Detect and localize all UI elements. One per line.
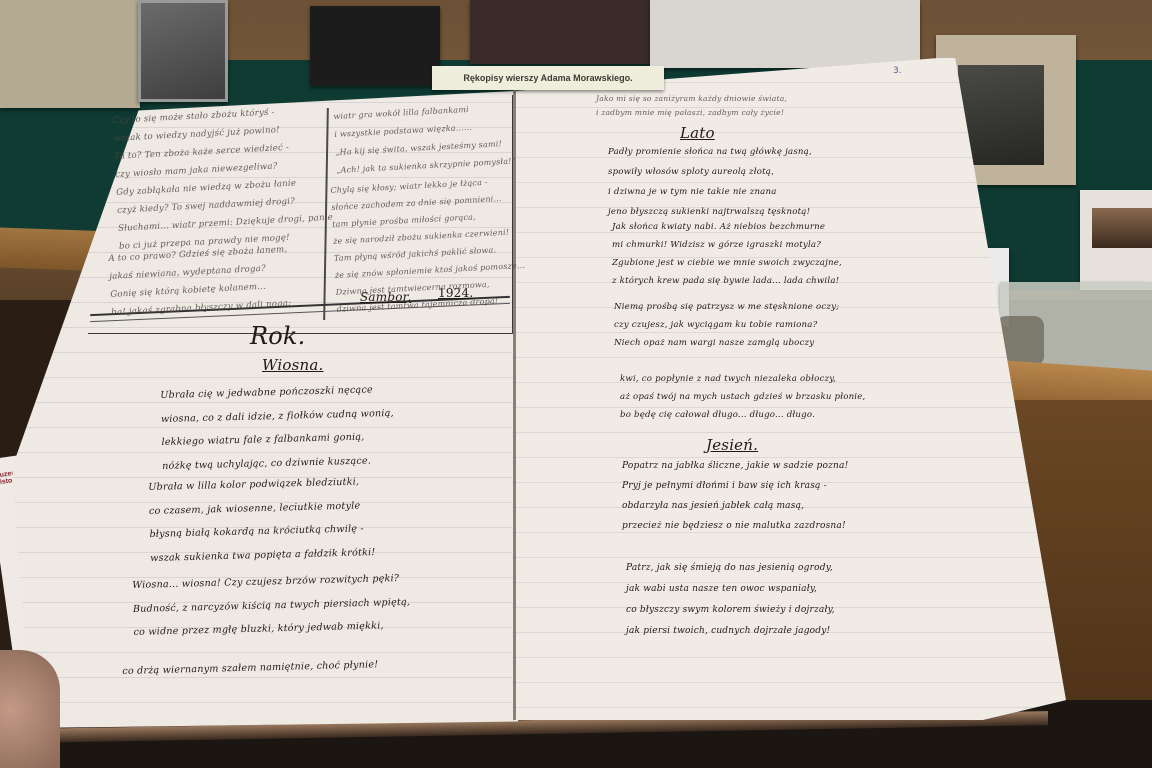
section-title-wiosna: Wiosna. [262, 356, 323, 374]
lato-stanza-3: Niemą prośbą się patrzysz w me stęsknion… [614, 298, 839, 352]
exhibit-label-card: Rękopisy wierszy Adama Morawskiego. [432, 66, 664, 90]
wiosna-stanza-3: Wiosna... wiosna! Czy czujesz brzów rozw… [132, 567, 411, 645]
jesien-stanza-1: Popatrz na jabłka śliczne, jakie w sadzi… [622, 456, 848, 536]
lato-stanza-2: Jak słońca kwiaty nabi. Aż niebios bezch… [612, 218, 842, 290]
old-photo-dark [310, 6, 440, 86]
left-col-stanza-1: Czy to się może stało zbożu któryś - wsz… [112, 101, 334, 256]
postcard-image [1092, 208, 1152, 248]
right-intro-lines: Jako mi się so zaniżyram każdy dniowie ś… [596, 92, 787, 120]
section-title-lato: Lato [680, 124, 715, 142]
section-title-jesien: Jesień. [706, 436, 758, 454]
document-left-top [0, 0, 140, 108]
wiosna-stanza-1: Ubrała cię w jedwabne pończoszki nęcące … [160, 378, 395, 478]
old-drawing-top-right [650, 0, 920, 68]
right-col-stanza-1: wiatr gra wokół lilla falbankami i wszys… [333, 99, 516, 180]
visitor-hand [0, 650, 60, 768]
old-postcard [1080, 190, 1152, 290]
museum-display-scene: Muzeum Histo... Rękopisy wierszy Adama M… [0, 0, 1152, 768]
signature-year: 1924. [438, 286, 473, 300]
jesien-stanza-2: Patrz, jak się śmieją do nas jesienią og… [626, 558, 835, 642]
signature-place: Sambor, [360, 290, 411, 304]
old-photo-group [138, 0, 228, 102]
poem-title-rok: Rok. [250, 322, 306, 350]
lato-stanza-1: Padły promienie słońca na twą główkę jas… [608, 142, 812, 222]
lato-stanza-4: kwi, co popłynie z nad twych niezaleka o… [620, 370, 865, 424]
old-photo-center [470, 0, 650, 64]
wiosna-stanza-2: Ubrała w lilla kolor podwiązek bledziutk… [148, 470, 376, 570]
page-number: 3. [893, 66, 902, 76]
left-col-stanza-2: A to co prawo? Gdzieś się zboża łanem, j… [108, 241, 292, 322]
